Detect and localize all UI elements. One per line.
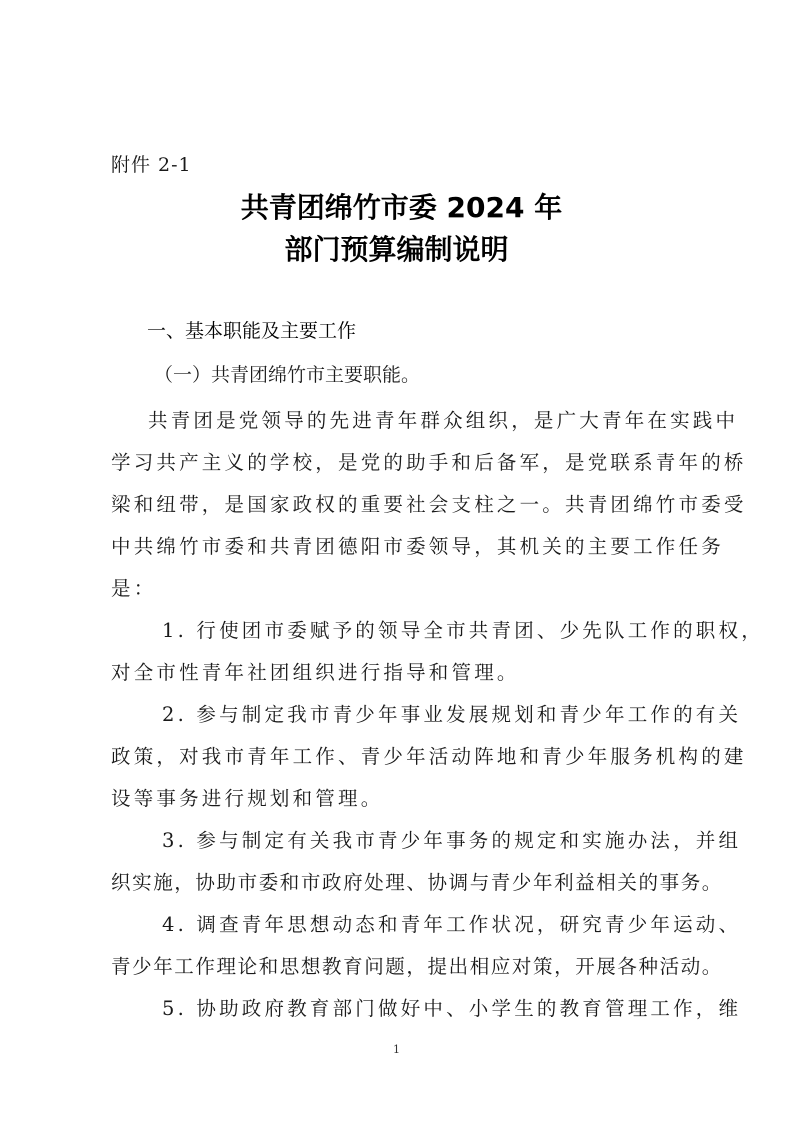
paragraph-line: 中共绵竹市委和共青团德阳市委领导，其机关的主要工作任务: [111, 531, 724, 559]
paragraph-line: 共青团是党领导的先进青年群众组织，是广大青年在实践中: [148, 405, 738, 433]
duty-line: 设等事务进行规划和管理。: [111, 783, 383, 811]
paragraph-line: 是：: [111, 573, 156, 601]
duty-line: 对全市性青年社团组织进行指导和管理。: [111, 657, 520, 685]
document-title-line-2: 部门预算编制说明: [0, 228, 793, 268]
section-heading: 一、基本职能及主要工作: [147, 316, 356, 343]
paragraph-line: 学习共产主义的学校，是党的助手和后备军，是党联系青年的桥: [111, 447, 747, 475]
duty-line: 3. 参与制定有关我市青少年事务的规定和实施办法，并组: [162, 825, 741, 853]
duty-line: 2. 参与制定我市青少年事业发展规划和青少年工作的有关: [162, 699, 741, 727]
paragraph-line: 梁和纽带，是国家政权的重要社会支柱之一。共青团绵竹市委受: [111, 489, 747, 517]
attachment-label: 附件 2-1: [111, 150, 192, 177]
document-title-line-1: 共青团绵竹市委 2024 年: [0, 186, 793, 226]
subsection-heading: （一）共青团绵竹市主要职能。: [154, 360, 420, 387]
page-number: 1: [0, 1043, 793, 1056]
duty-line: 政策，对我市青年工作、青少年活动阵地和青少年服务机构的建: [111, 741, 747, 769]
duty-line: 5. 协助政府教育部门做好中、小学生的教育管理工作，维: [162, 993, 741, 1021]
duty-line: 青少年工作理论和思想教育问题，提出相应对策，开展各种活动。: [111, 951, 723, 979]
duty-line: 4. 调查青年思想动态和青年工作状况，研究青少年运动、: [162, 909, 741, 937]
duty-line: 1. 行使团市委赋予的领导全市共青团、少先队工作的职权，: [162, 615, 764, 643]
duty-line: 织实施，协助市委和市政府处理、协调与青少年利益相关的事务。: [111, 867, 723, 895]
